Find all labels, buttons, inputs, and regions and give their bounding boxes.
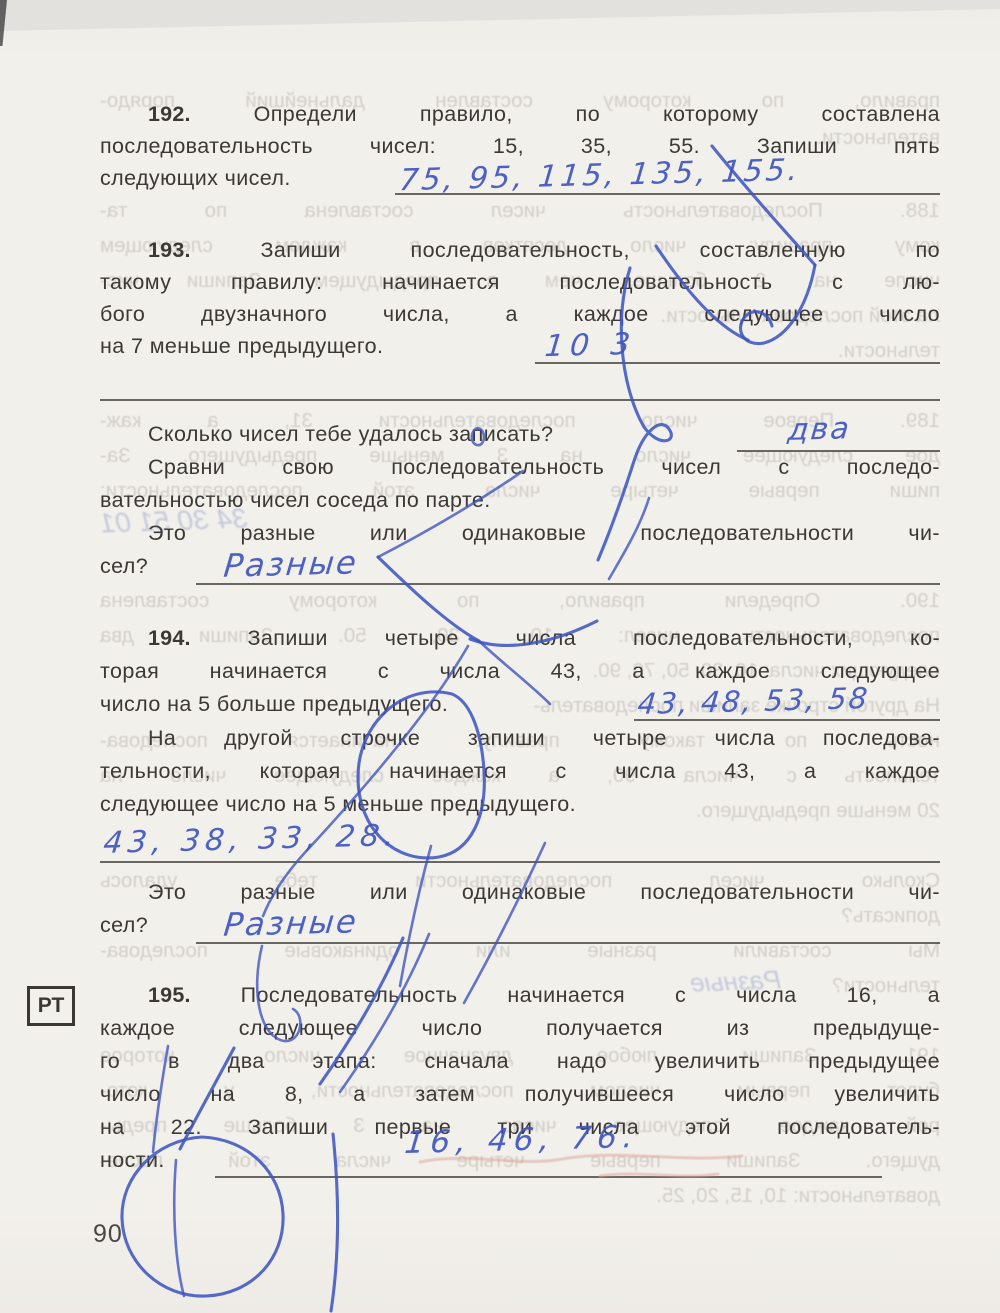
ex193-text: бого двузначного числа, а каждое следующ… <box>100 302 940 326</box>
ex193-line: 193. Запиши последовательность, составле… <box>100 237 940 264</box>
scan-top-edge <box>0 0 1000 34</box>
ex194-text: торая начинается с числа 43, а каждое сл… <box>100 659 940 683</box>
ex194-line: 194. Запиши четыре числа последовательно… <box>100 625 940 652</box>
ex194-line: следующее число на 5 меньше предыдущего. <box>100 791 940 818</box>
handwriting-count-answer: два <box>786 411 852 448</box>
ex194-text: следующее число на 5 меньше предыдущего. <box>100 792 576 816</box>
ex192-text: следующих чисел. <box>100 166 291 190</box>
answer-line-193b <box>100 399 940 401</box>
ex195-text: каждое следующее число получается из пре… <box>100 1016 940 1040</box>
page-number: 90 <box>93 1220 123 1249</box>
ex194-line: тельности, которая начинается с числа 43… <box>100 758 940 785</box>
ex194-text: На другой строчке запиши четыре числа по… <box>148 726 940 750</box>
ex192-text: Определи правило, по которому составлена <box>254 102 940 126</box>
ex194-line: На другой строчке запиши четыре числа по… <box>100 725 940 752</box>
question-same2-text: сел? <box>100 913 148 937</box>
ex193-line: бого двузначного числа, а каждое следующ… <box>100 301 940 328</box>
answer-line-195 <box>215 1176 882 1178</box>
compare-line: вательностью чисел соседа по парте. <box>100 487 940 514</box>
ex195-line: го в два этапа: сначала надо увеличить п… <box>100 1048 940 1075</box>
ex193-text: на 7 меньше предыдущего. <box>100 334 383 358</box>
ex195-text: ности. <box>100 1148 165 1172</box>
ex192-text: последовательность чисел: 15, 35, 55. За… <box>100 134 940 158</box>
answer-line-count <box>737 450 940 452</box>
compare-text: Сравни свою последовательность чисел с п… <box>148 455 940 479</box>
ex194-number: 194. <box>148 626 191 650</box>
ex192-number: 192. <box>148 102 191 126</box>
bleed-line: 190. Определи правило, по которому соста… <box>100 588 940 614</box>
pen-stroke <box>174 1160 184 1296</box>
ex195-line: каждое следующее число получается из пре… <box>100 1015 940 1042</box>
workbook-page: правило, по которому составлен дальнейши… <box>0 0 1000 1313</box>
handwriting-ex194-inc-answer: 43, 48, 53, 58 <box>636 681 871 721</box>
ex195-text: число на 8, а затем получившееся число у… <box>100 1082 940 1106</box>
ex195-text: Последовательность начинается с числа 16… <box>241 983 940 1007</box>
bleed-line: 188. Последовательность чисел составлена… <box>100 198 940 224</box>
question-count-text: Сколько чисел тебе удалось записать? <box>148 422 553 446</box>
ex195-number: 195. <box>148 983 191 1007</box>
ex195-text: го в два этапа: сначала надо увеличить п… <box>100 1049 940 1073</box>
ex195-line: число на 8, а затем получившееся число у… <box>100 1081 940 1108</box>
handwriting-same2-answer: Разные <box>222 902 360 943</box>
question-same2-text: Это разные или одинаковые последовательн… <box>148 880 940 904</box>
ex192-line: последовательность чисел: 15, 35, 55. За… <box>100 133 940 160</box>
ex193-text: такому правилу: начинается последователь… <box>100 270 940 294</box>
ex194-line: торая начинается с числа 43, а каждое сл… <box>100 658 940 685</box>
bleed-line: довательности: 10, 15, 20, 25. <box>100 1183 940 1209</box>
question-same1-text: сел? <box>100 554 148 578</box>
handwriting-ex194-dec-answer: 43, 38, 33, 28. <box>102 818 401 861</box>
compare-text: вательностью чисел соседа по парте. <box>100 488 491 512</box>
ex192-line: 192. Определи правило, по которому соста… <box>100 101 940 128</box>
answer-line-194-dec <box>100 861 940 863</box>
compare-line: Сравни свою последовательность чисел с п… <box>100 454 940 481</box>
question-same1-text: Это разные или одинаковые последовательн… <box>148 521 940 545</box>
answer-line-same2 <box>196 942 940 944</box>
ex194-text: Запиши четыре числа последовательности, … <box>248 626 940 650</box>
question-same2-line: Это разные или одинаковые последовательн… <box>100 879 940 906</box>
handwriting-same1-answer: Разные <box>222 543 360 584</box>
ex194-text: тельности, которая начинается с числа 43… <box>100 759 940 783</box>
answer-line-same1 <box>196 583 940 585</box>
margin-tag-rt: РТ <box>27 986 75 1026</box>
question-same1-line: Это разные или одинаковые последовательн… <box>100 520 940 547</box>
ex193-line: такому правилу: начинается последователь… <box>100 269 940 296</box>
handwriting-ex193-answer: 10 3 <box>543 327 637 364</box>
ex193-line: на 7 меньше предыдущего. <box>100 333 940 360</box>
ex194-text: число на 5 больше предыдущего. <box>100 692 448 716</box>
handwriting-ex195-answer: 16, 46, 76. <box>403 1119 641 1161</box>
ex193-number: 193. <box>148 238 191 262</box>
ex193-text: Запиши последовательность, составленную … <box>260 238 940 262</box>
ex195-line: 195. Последовательность начинается с чис… <box>100 982 940 1009</box>
